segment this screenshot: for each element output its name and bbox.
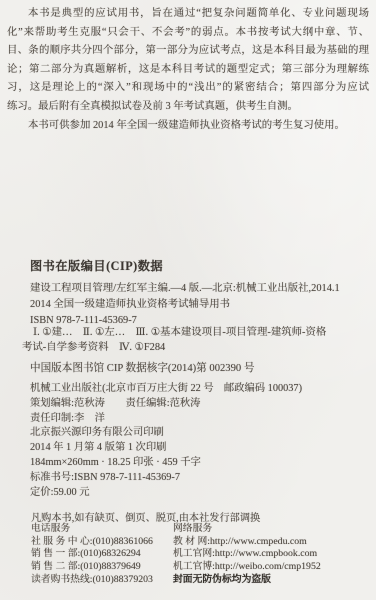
record-number-line: 中国版本图书馆 CIP 数据核字(2014)第 002390 号: [30, 360, 362, 375]
standard-isbn-line: 标准书号:ISBN 978-7-111-45369-7: [30, 471, 364, 486]
classification-line: 考试-自学参考资料 Ⅳ. ①F284: [22, 341, 360, 356]
anti-piracy-warning: 封面无防伪标均为盗版: [173, 574, 368, 587]
network-service-line: 教 材 网:http://www.cmpedu.com: [173, 536, 368, 549]
intro-line: 习，这是理论上的“深入”和现场中的“浅出”的紧密结合；第四部分为应试: [7, 79, 369, 98]
cip-title-line: 建设工程项目管理/左红军主编.—4 版.—北京:机械工业出版社,2014.1: [30, 281, 362, 297]
price-line: 定价:59.00 元: [30, 486, 364, 501]
intro-usage-note: 本书可供参加 2014 年全国一级建造师执业资格考试的考生复习使用。: [7, 117, 369, 136]
publication-info: 机械工业出版社(北京市百万庄大街 22 号 邮政编码 100037) 策划编辑:…: [30, 382, 364, 500]
cip-section: 图书在版编目(CIP)数据 建设工程项目管理/左红军主编.—4 版.—北京:机械…: [30, 257, 362, 330]
edition-line: 2014 年 1 月第 4 版第 1 次印刷: [30, 441, 364, 456]
phone-service-line: 读者购书热线:(010)88379203: [31, 574, 173, 587]
intro-line: 目、条的顺序共分四个部分，第一部分为应试考点，这是本科目最为基础的理: [7, 42, 369, 61]
network-service-line: 机工官博:http://weibo.com/cmp1952: [173, 561, 368, 574]
network-service-header: 网络服务: [173, 522, 368, 536]
editors-line: 策划编辑:范秋涛 责任编辑:范秋涛: [30, 397, 364, 412]
phone-service-line: 销 售 一 部:(010)68326294: [31, 548, 173, 561]
cip-classification: Ⅰ. ①建… Ⅱ. ①左… Ⅲ. ①基本建设项目-项目管理-建筑师-资格 考试-…: [22, 326, 360, 355]
intro-paragraph: 本书是典型的应试用书，旨在通过“把复杂问题简单化、专业问题现场 化”来帮助考生克…: [7, 5, 369, 135]
publisher-line: 机械工业出版社(北京市百万庄大街 22 号 邮政编码 100037): [30, 382, 364, 397]
cip-header: 图书在版编目(CIP)数据: [30, 257, 362, 274]
network-service-line: 机工官网:http://www.cmpbook.com: [173, 548, 368, 561]
cip-series-line: 2014 全国一级建造师执业资格考试辅导用书: [30, 297, 362, 313]
phone-service-line: 销 售 二 部:(010)88379649: [31, 561, 173, 574]
network-service-column: 网络服务 教 材 网:http://www.cmpedu.com 机工官网:ht…: [173, 522, 368, 587]
phone-service-header: 电话服务: [31, 522, 173, 536]
cip-record-number: 中国版本图书馆 CIP 数据核字(2014)第 002390 号: [30, 360, 362, 375]
phone-service-column: 电话服务 社 服 务 中 心:(010)88361066 销 售 一 部:(01…: [31, 522, 173, 587]
phone-service-line: 社 服 务 中 心:(010)88361066: [31, 536, 173, 549]
intro-line: 练习。最后附有全真模拟试卷及前 3 年考试真题，供考生自测。: [7, 98, 369, 117]
printer-line: 北京振兴源印务有限公司印刷: [30, 426, 364, 441]
intro-line: 论；第二部分为真题解析，这是本科目考试的题型定式；第三部分为理解练: [7, 61, 369, 80]
intro-line: 化”来帮助考生克服“只会干、不会考”的弱点。本书按考试大纲中章、节、: [7, 24, 369, 43]
book-copyright-page: 本书是典型的应试用书，旨在通过“把复杂问题简单化、专业问题现场 化”来帮助考生克…: [0, 0, 376, 600]
intro-line: 本书是典型的应试用书，旨在通过“把复杂问题简单化、专业问题现场: [7, 5, 369, 24]
format-line: 184mm×260mm · 18.25 印张 · 459 千字: [30, 456, 364, 471]
print-manager-line: 责任印制:李 洋: [30, 412, 364, 427]
service-columns: 电话服务 社 服 务 中 心:(010)88361066 销 售 一 部:(01…: [31, 522, 368, 587]
classification-line: Ⅰ. ①建… Ⅱ. ①左… Ⅲ. ①基本建设项目-项目管理-建筑师-资格: [22, 326, 360, 341]
